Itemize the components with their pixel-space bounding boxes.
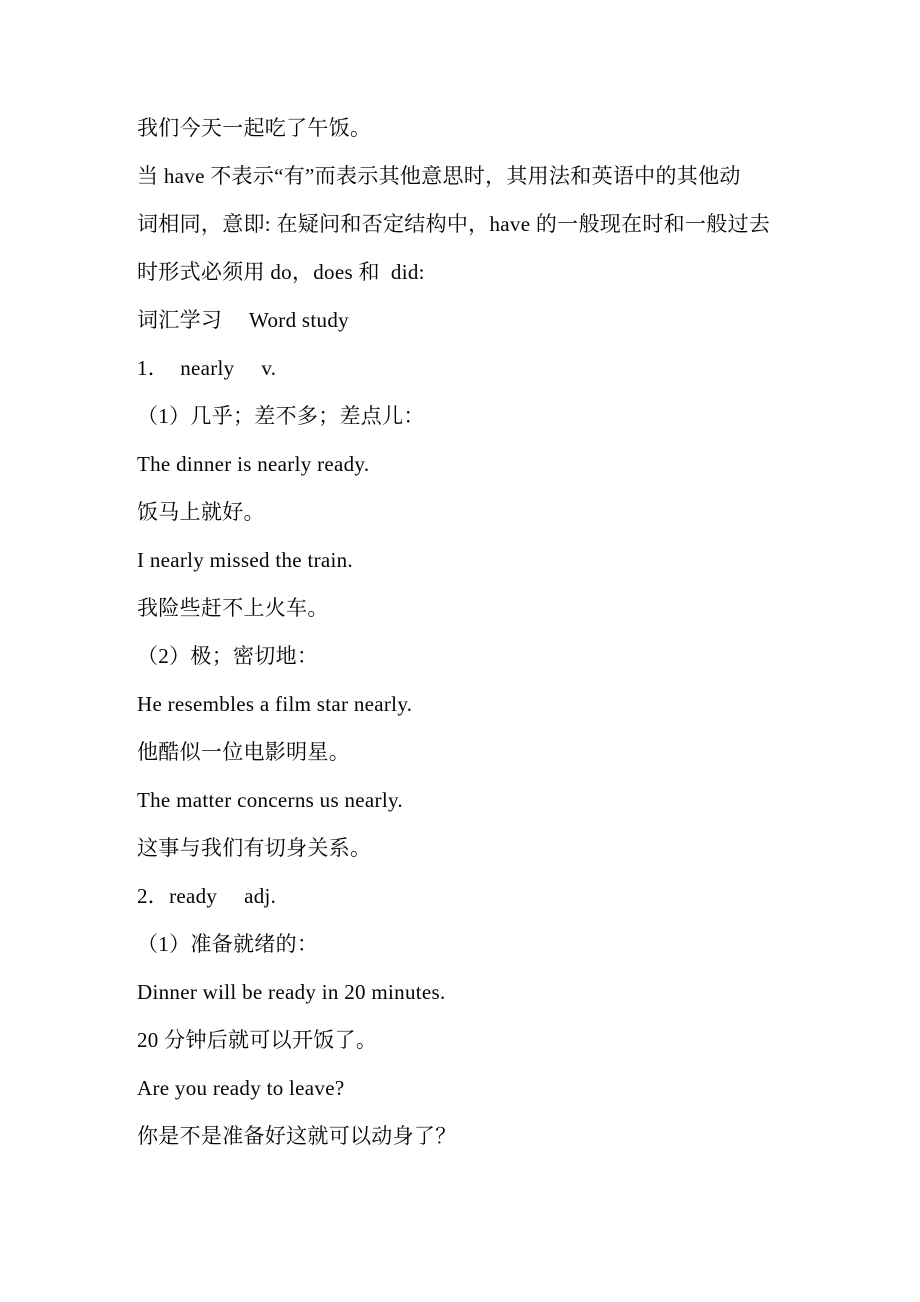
doc-line-example-en: Are you ready to leave? <box>137 1064 920 1112</box>
doc-line-example-zh: 他酷似一位电影明星。 <box>137 728 920 776</box>
doc-line-section-title-word-study: 词汇学习 Word study <box>137 296 920 344</box>
doc-line-example-en: The dinner is nearly ready. <box>137 440 920 488</box>
doc-line-entry-1-nearly: 1． nearly v. <box>137 344 920 392</box>
document-page: 我们今天一起吃了午饭。 当 have 不表示“有”而表示其他意思时，其用法和英语… <box>0 0 920 1302</box>
doc-line-entry-2-ready: 2．ready adj. <box>137 872 920 920</box>
doc-line-example-zh: 你是不是准备好这就可以动身了？ <box>137 1112 920 1160</box>
doc-line-entry-1-sense-2: （2）极；密切地： <box>137 632 920 680</box>
doc-line-example-zh: 这事与我们有切身关系。 <box>137 824 920 872</box>
doc-line-entry-2-sense-1: （1）准备就绪的： <box>137 920 920 968</box>
doc-line-paragraph-have-2: 词相同，意即: 在疑问和否定结构中，have 的一般现在时和一般过去 <box>137 200 920 248</box>
doc-line-example-zh: 我险些赶不上火车。 <box>137 584 920 632</box>
doc-line-example-zh: 20 分钟后就可以开饭了。 <box>137 1016 920 1064</box>
doc-line-paragraph-have-3: 时形式必须用 do，does 和 did: <box>137 248 920 296</box>
doc-line-paragraph-have-1: 当 have 不表示“有”而表示其他意思时，其用法和英语中的其他动 <box>137 152 920 200</box>
doc-line-entry-1-sense-1: （1）几乎；差不多；差点儿： <box>137 392 920 440</box>
document-text-block: 我们今天一起吃了午饭。 当 have 不表示“有”而表示其他意思时，其用法和英语… <box>137 104 920 1160</box>
doc-line-example-en: He resembles a film star nearly. <box>137 680 920 728</box>
doc-line-sentence-zh: 我们今天一起吃了午饭。 <box>137 104 920 152</box>
doc-line-example-zh: 饭马上就好。 <box>137 488 920 536</box>
doc-line-example-en: The matter concerns us nearly. <box>137 776 920 824</box>
doc-line-example-en: Dinner will be ready in 20 minutes. <box>137 968 920 1016</box>
doc-line-example-en: I nearly missed the train. <box>137 536 920 584</box>
